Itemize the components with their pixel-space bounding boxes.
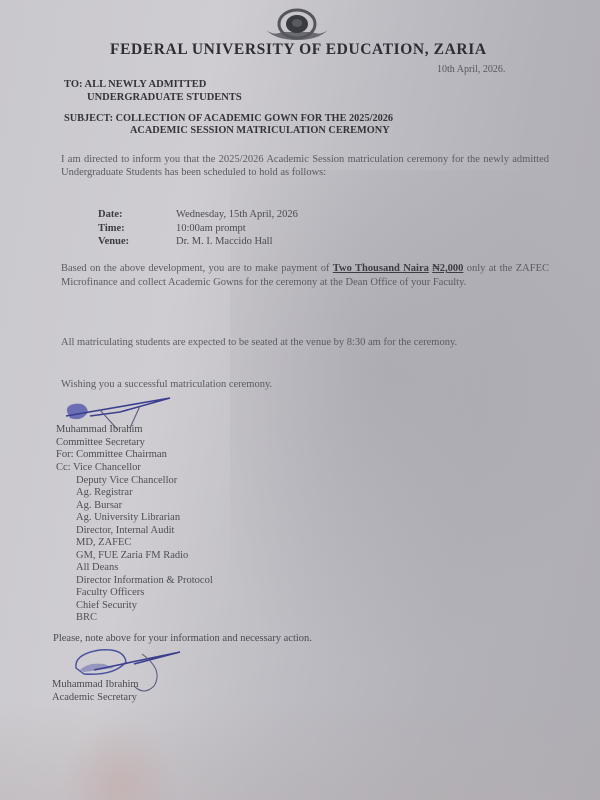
detail-row-time: Time: 10:00am prompt [98,222,298,236]
cc-item: BRC [56,612,213,625]
cc-item: GM, FUE Zaria FM Radio [56,550,213,563]
cc-item: Director Information & Protocol [56,575,213,588]
intro-paragraph: I am directed to inform you that the 202… [61,153,549,179]
recipient-block: TO: ALL NEWLY ADMITTED UNDERGRADUATE STU… [64,78,242,104]
detail-label: Time: [98,222,176,236]
subject-line-2: ACADEMIC SESSION MATRICULATION CEREMONY [64,125,393,137]
cc-prefix: Cc: [56,462,71,473]
cc-item: All Deans [56,562,213,575]
cc-item: Cc: Vice Chancellor [56,462,213,475]
subject-line-1: SUBJECT: COLLECTION OF ACADEMIC GOWN FOR… [64,113,393,125]
signatory-1-block: Muhammad Ibrahim Committee Secretary For… [56,424,167,462]
detail-row-date: Date: Wednesday, 15th April, 2026 [98,208,298,222]
signatory-1-for: For: Committee Chairman [56,449,167,462]
cc-item: Ag. Bursar [56,500,213,513]
wishes-paragraph: Wishing you a successful matriculation c… [61,378,549,391]
detail-value: Wednesday, 15th April, 2026 [176,208,298,222]
recipient-line-1: TO: ALL NEWLY ADMITTED [64,78,242,91]
signatory-2-title: Academic Secretary [52,691,139,704]
subject-block: SUBJECT: COLLECTION OF ACADEMIC GOWN FOR… [64,113,393,137]
signatory-1-name: Muhammad Ibrahim [56,424,167,437]
letter-date: 10th April, 2026. [437,64,505,75]
cc-item: Director, Internal Audit [56,525,213,538]
detail-label: Date: [98,208,176,222]
university-crest-icon [262,6,332,42]
signatory-2-block: Muhammad Ibrahim Academic Secretary [52,678,139,704]
lighting-shadow [0,700,600,800]
detail-label: Venue: [98,235,176,249]
finger-shadow [60,720,180,800]
payment-amount-words: Two Thousand Naira [333,263,429,274]
cc-item: Chief Security [56,600,213,613]
cc-list: Cc: Vice Chancellor Deputy Vice Chancell… [56,462,213,625]
cc-item: MD, ZAFEC [56,537,213,550]
institution-name: FEDERAL UNIVERSITY OF EDUCATION, ZARIA [110,41,487,59]
cc-item: Deputy Vice Chancellor [56,475,213,488]
signatory-2-name: Muhammad Ibrahim [52,678,139,691]
cc-item: Ag. Registrar [56,487,213,500]
detail-value: Dr. M. I. Maccido Hall [176,235,273,249]
detail-row-venue: Venue: Dr. M. I. Maccido Hall [98,235,298,249]
detail-value: 10:00am prompt [176,222,246,236]
cc-item: Faculty Officers [56,587,213,600]
payment-text-pre: Based on the above development, you are … [61,263,333,274]
event-details: Date: Wednesday, 15th April, 2026 Time: … [98,208,298,249]
signatory-1-title: Committee Secretary [56,437,167,450]
cc-item: Ag. University Librarian [56,512,213,525]
seating-paragraph: All matriculating students are expected … [61,336,549,349]
recipient-line-2: UNDERGRADUATE STUDENTS [64,91,242,104]
payment-paragraph: Based on the above development, you are … [61,262,549,289]
payment-amount-figure: ₦2,000 [432,263,463,274]
